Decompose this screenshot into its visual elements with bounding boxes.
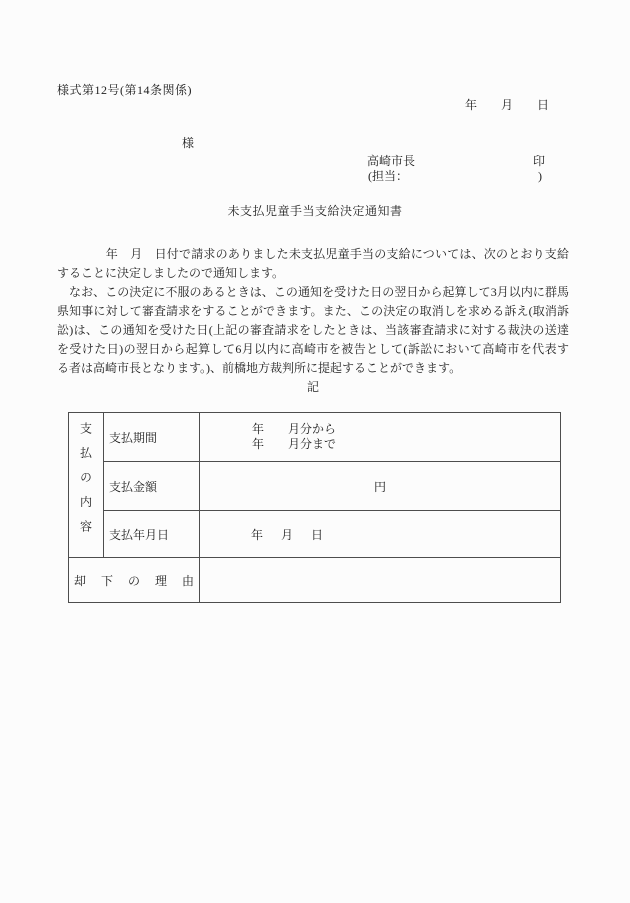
document-title: 未支払児童手当支給決定通知書 [0,205,630,218]
record-marker: 記 [57,378,569,397]
body-text: 年 月 日付で請求のありました未支払児童手当の支給については、次のとおり支給 す… [57,245,569,397]
payment-period-value: 年 月分から 年 月分まで [200,413,561,462]
table-row: 支払年月日 年 月 日 [69,511,561,558]
rejection-reason-label: 却 下 の 理 由 [69,558,200,603]
document-page: 様式第12号(第14条関係) 年 月 日 様 高崎市長 印 (担当： ) 未支払… [0,0,630,903]
form-number: 様式第12号(第14条関係) [57,84,192,97]
body-line: る者は高崎市長となります。)、前橋地方裁判所に提起することができます。 [57,359,569,378]
payment-amount-label: 支払金額 [104,462,200,511]
body-line: を受けた日)の翌日から起算して6月以内に高崎市を被告として(訴訟において高崎市を… [57,340,569,359]
body-line: 県知事に対して審査請求をすることができます。また、この決定の取消しを求める訴え(… [57,302,569,321]
body-line: することに決定しましたので通知します。 [57,264,569,283]
seal-placeholder: 印 [533,155,545,168]
payment-details-table: 支払の内容 支払期間 年 月分から 年 月分まで 支払金額 円 支払年月日 年 … [68,412,561,603]
issue-date-line: 年 月 日 [465,99,549,112]
table-row: 支払金額 円 [69,462,561,511]
body-line: 年 月 日付で請求のありました未支払児童手当の支給については、次のとおり支給 [57,245,569,264]
table-row: 却 下 の 理 由 [69,558,561,603]
payment-date-value: 年 月 日 [200,511,561,558]
payment-period-label: 支払期間 [104,413,200,462]
payment-amount-value: 円 [200,462,561,511]
contact-line: (担当： ) [368,170,542,183]
payment-period-from: 年 月分から [252,422,560,437]
rejection-reason-cell [200,558,561,603]
side-header-text: 支払の内容 [78,422,95,545]
addressee-suffix: 様 [182,137,194,150]
issuer-line: 高崎市長 印 [367,155,545,168]
table-row: 支払の内容 支払期間 年 月分から 年 月分まで [69,413,561,462]
issuer-title: 高崎市長 [367,155,415,168]
table-side-header-cell: 支払の内容 [69,413,104,558]
body-line: なお、この決定に不服のあるときは、この通知を受けた日の翌日から起算して3月以内に… [57,283,569,302]
body-line: 訟)は、この通知を受けた日(上記の審査請求をしたときは、当該審査請求に対する裁決… [57,321,569,340]
payment-date-label: 支払年月日 [104,511,200,558]
contact-label-open: (担当： [368,170,408,183]
payment-period-to: 年 月分まで [252,437,560,452]
contact-label-close: ) [538,170,542,183]
